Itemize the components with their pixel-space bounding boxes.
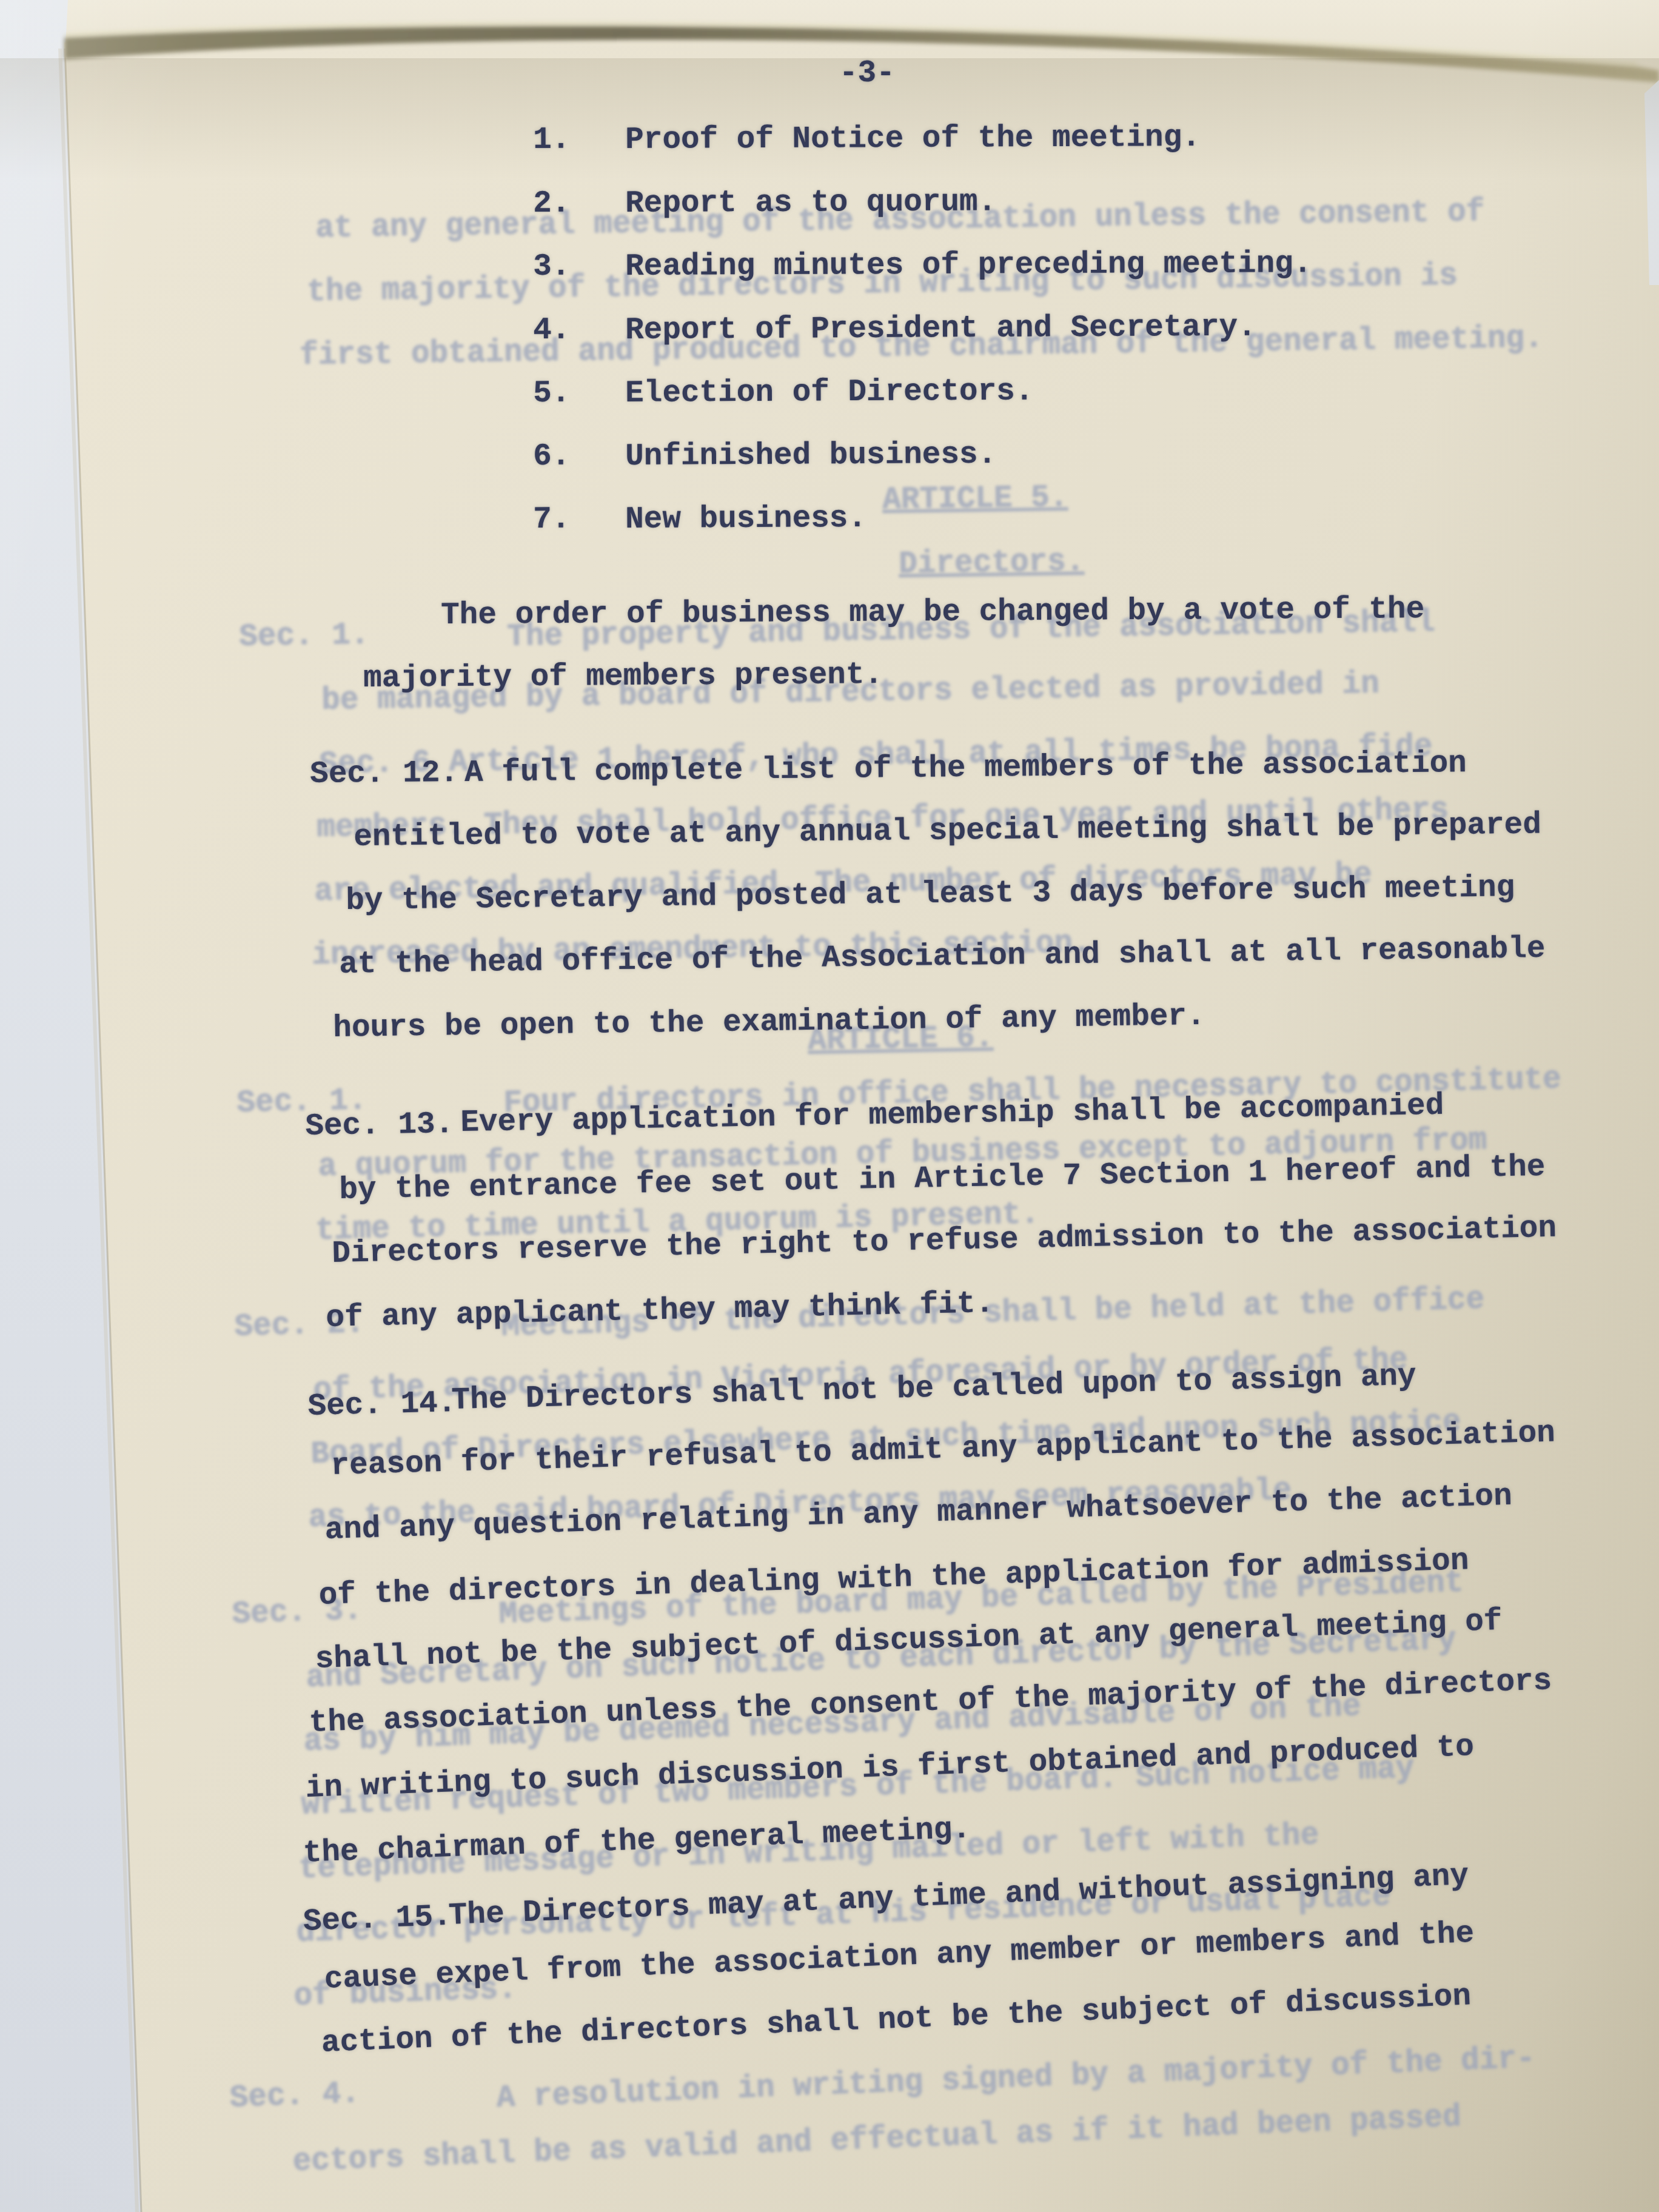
ghost-section-label: Sec. 4. [229,2079,360,2114]
agenda-item-text: New business. [625,503,866,535]
page-number: -3- [839,58,895,89]
agenda-item-text: Reading minutes of preceding meeting. [625,249,1312,283]
agenda-item-number: 7. [533,504,570,535]
agenda-item-text: Election of Directors. [625,376,1034,409]
photographed-document-page: at any general meeting of the associatio… [0,0,1659,2212]
section-label: Sec. 12. [310,758,458,790]
section-label: Sec. 15. [303,1902,452,1938]
agenda-item-text: Report as to quorum. [625,187,996,220]
agenda-item-number: 2. [533,189,570,220]
agenda-item-number: 1. [533,125,570,156]
text-line: majority of members present. [363,660,883,694]
section-label: Sec. 14. [307,1388,457,1423]
ghost-section-label: Sec. 1. [239,620,369,653]
section-label: Sec. 13. [305,1109,454,1142]
agenda-item-number: 4. [533,315,570,346]
agenda-item-text: Report of President and Secretary. [625,312,1256,346]
agenda-item-number: 5. [533,378,570,409]
agenda-item-number: 6. [533,441,570,472]
ghost-heading: Directors. [899,547,1085,580]
ghost-heading: ARTICLE 5. [882,483,1068,516]
text-line: The order of business may be changed by … [441,594,1424,631]
agenda-item-text: Unfinished business. [625,440,996,472]
agenda-item-text: Proof of Notice of the meeting. [625,122,1201,156]
agenda-item-number: 3. [533,252,570,283]
